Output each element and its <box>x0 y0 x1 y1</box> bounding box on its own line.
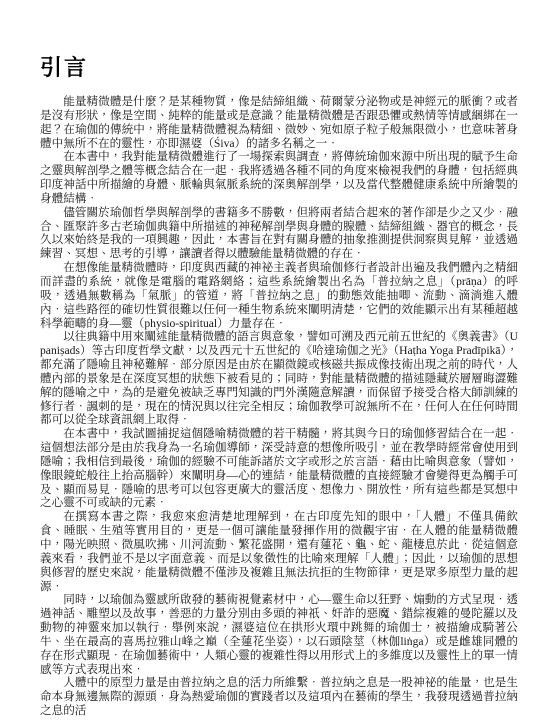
paragraph-4: 在想像能量精微體時，印度與西藏的神祕主義者與瑜伽修行者設計出遍及我們體內之精細而… <box>40 261 518 330</box>
paragraph-2: 在本書中，我對能量精微體進行了一場探索與調查，將傳統瑜伽來源中所出現的賦予生命之… <box>40 150 518 205</box>
paragraph-1: 能量精微體是什麼？是某種物質，像是結締組織、荷爾蒙分泌物或是神經元的脈衝？或者是… <box>40 95 518 150</box>
body-text: 能量精微體是什麼？是某種物質，像是結締組織、荷爾蒙分泌物或是神經元的脈衝？或者是… <box>40 95 518 718</box>
page-title: 引言 <box>40 56 518 80</box>
paragraph-6: 在本書中，我試圖捕捉這個隱喻精微體的若干精髓，將其與今日的瑜伽修習結合在一起．這… <box>40 427 518 510</box>
document-page: 引言 能量精微體是什麼？是某種物質，像是結締組織、荷爾蒙分泌物或是神經元的脈衝？… <box>0 0 558 728</box>
paragraph-9: 人體中的原型力量是由普拉納之息的活力所維繫．普拉納之息是一股神祕的能量，也是生命… <box>40 676 518 718</box>
paragraph-3: 儘管關於瑜伽哲學與解剖學的書籍多不勝數，但將兩者結合起來的著作卻是少之又少．融合… <box>40 206 518 261</box>
paragraph-7: 在撰寫本書之際，我愈來愈清楚地理解到，在古印度先知的眼中，「人體」不僅具備飲食、… <box>40 510 518 593</box>
paragraph-8: 同時，以瑜伽為靈感所啟發的藝術視覺素材中，心—靈生命以狂野、煽動的方式呈現．透過… <box>40 593 518 676</box>
paragraph-5: 以往典籍中用來闡述能量精微體的語言與意象，譬如可溯及西元前五世紀的《奧義書》（U… <box>40 330 518 427</box>
